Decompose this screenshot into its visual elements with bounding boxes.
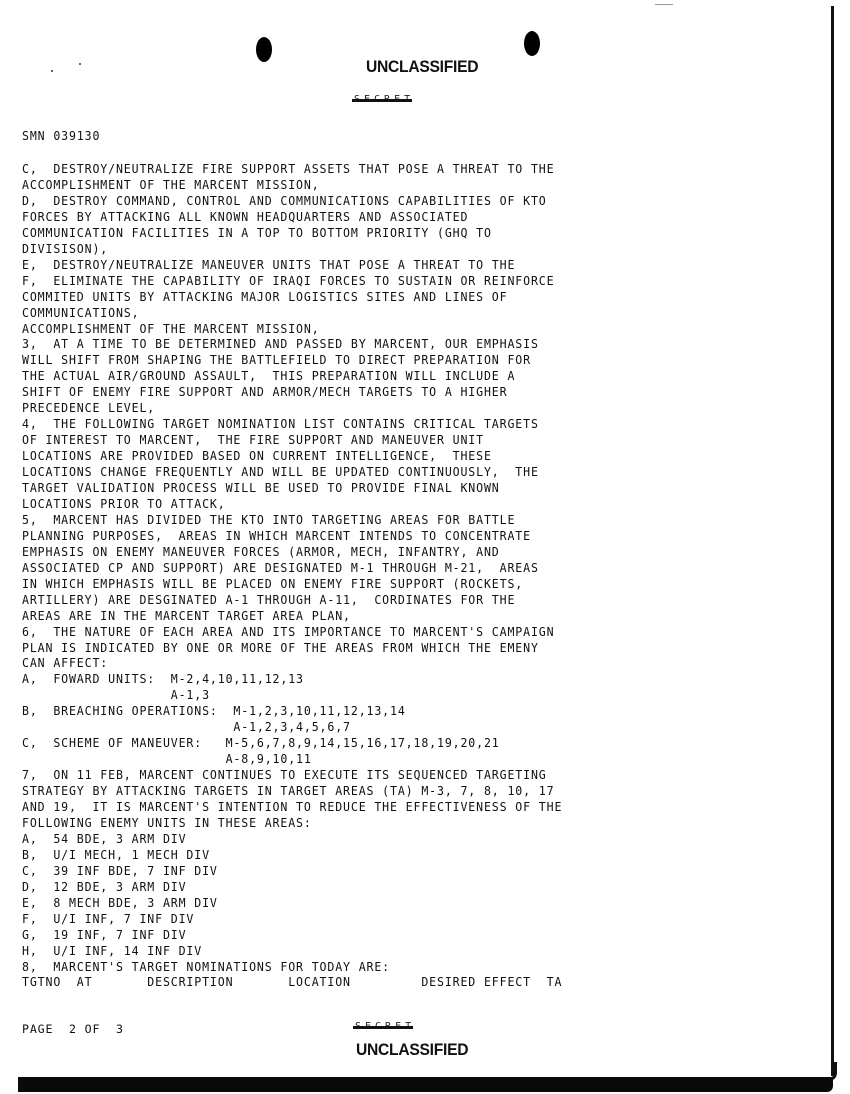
text-line: D, DESTROY COMMAND, CONTROL AND COMMUNIC… bbox=[22, 192, 547, 209]
text-line: LOCATIONS PRIOR TO ATTACK, bbox=[22, 495, 226, 512]
text-line: LOCATIONS CHANGE FREQUENTLY AND WILL BE … bbox=[22, 463, 539, 480]
text-line: IN WHICH EMPHASIS WILL BE PLACED ON ENEM… bbox=[22, 575, 523, 592]
page-edge-right bbox=[831, 6, 834, 1076]
text-line: COMMUNICATIONS, bbox=[22, 304, 139, 321]
scan-mark bbox=[655, 4, 673, 5]
page-number: PAGE 2 OF 3 bbox=[22, 1022, 124, 1036]
punch-hole-right bbox=[524, 31, 540, 56]
page-edge-bottom bbox=[18, 1077, 833, 1092]
text-line: EMPHASIS ON ENEMY MANEUVER FORCES (ARMOR… bbox=[22, 543, 500, 560]
text-line: 5, MARCENT HAS DIVIDED THE KTO INTO TARG… bbox=[22, 511, 515, 528]
text-line: LOCATIONS ARE PROVIDED BASED ON CURRENT … bbox=[22, 447, 492, 464]
text-line: G, 19 INF, 7 INF DIV bbox=[22, 926, 186, 943]
text-line: C, DESTROY/NEUTRALIZE FIRE SUPPORT ASSET… bbox=[22, 160, 554, 177]
punch-hole-left bbox=[256, 37, 272, 62]
text-line: SHIFT OF ENEMY FIRE SUPPORT AND ARMOR/ME… bbox=[22, 383, 507, 400]
text-line: AND 19, IT IS MARCENT'S INTENTION TO RED… bbox=[22, 798, 562, 815]
text-line: ACCOMPLISHMENT OF THE MARCENT MISSION, bbox=[22, 176, 320, 193]
text-line: PRECEDENCE LEVEL, bbox=[22, 399, 155, 416]
text-line: 7, ON 11 FEB, MARCENT CONTINUES TO EXECU… bbox=[22, 766, 547, 783]
text-line: A-8,9,10,11 bbox=[22, 750, 312, 767]
text-line: 4, THE FOLLOWING TARGET NOMINATION LIST … bbox=[22, 415, 539, 432]
text-line: A, 54 BDE, 3 ARM DIV bbox=[22, 830, 186, 847]
classification-banner-top: UNCLASSIFIED bbox=[366, 57, 478, 77]
scan-speck bbox=[51, 70, 53, 72]
text-line: ARTILLERY) ARE DESGINATED A-1 THROUGH A-… bbox=[22, 591, 515, 608]
text-line: PLANNING PURPOSES, AREAS IN WHICH MARCEN… bbox=[22, 527, 531, 544]
text-line: FOLLOWING ENEMY UNITS IN THESE AREAS: bbox=[22, 814, 312, 831]
text-line: TARGET VALIDATION PROCESS WILL BE USED T… bbox=[22, 479, 500, 496]
text-line: H, U/I INF, 14 INF DIV bbox=[22, 942, 202, 959]
text-line: 6, THE NATURE OF EACH AREA AND ITS IMPOR… bbox=[22, 623, 554, 640]
text-line: E, 8 MECH BDE, 3 ARM DIV bbox=[22, 894, 218, 911]
message-id: SMN 039130 bbox=[22, 127, 100, 144]
text-line: A-1,2,3,4,5,6,7 bbox=[22, 718, 351, 735]
text-line: B, BREACHING OPERATIONS: M-1,2,3,10,11,1… bbox=[22, 702, 406, 719]
text-line: TGTNO AT DESCRIPTION LOCATION DESIRED EF… bbox=[22, 973, 562, 990]
text-line: D, 12 BDE, 3 ARM DIV bbox=[22, 878, 186, 895]
text-line: STRATEGY BY ATTACKING TARGETS IN TARGET … bbox=[22, 782, 554, 799]
text-line: COMMUNICATION FACILITIES IN A TOP TO BOT… bbox=[22, 224, 492, 241]
text-line: C, 39 INF BDE, 7 INF DIV bbox=[22, 862, 218, 879]
text-line: ASSOCIATED CP AND SUPPORT) ARE DESIGNATE… bbox=[22, 559, 539, 576]
text-line: OF INTEREST TO MARCENT, THE FIRE SUPPORT… bbox=[22, 431, 484, 448]
text-line: F, U/I INF, 7 INF DIV bbox=[22, 910, 194, 927]
text-line: E, DESTROY/NEUTRALIZE MANEUVER UNITS THA… bbox=[22, 256, 515, 273]
text-line: COMMITED UNITS BY ATTACKING MAJOR LOGIST… bbox=[22, 288, 507, 305]
text-line: FORCES BY ATTACKING ALL KNOWN HEADQUARTE… bbox=[22, 208, 468, 225]
text-line: AREAS ARE IN THE MARCENT TARGET AREA PLA… bbox=[22, 607, 351, 624]
text-line: C, SCHEME OF MANEUVER: M-5,6,7,8,9,14,15… bbox=[22, 734, 500, 751]
document-page: UNCLASSIFIED SECRET SMN 039130 C, DESTRO… bbox=[0, 0, 850, 1094]
struck-secret-marking-bottom: SECRET bbox=[355, 1021, 415, 1032]
struck-secret-marking-top: SECRET bbox=[354, 94, 414, 105]
text-line: B, U/I MECH, 1 MECH DIV bbox=[22, 846, 210, 863]
text-line: F, ELIMINATE THE CAPABILITY OF IRAQI FOR… bbox=[22, 272, 554, 289]
text-line: DIVISISON), bbox=[22, 240, 108, 257]
scan-speck bbox=[79, 63, 81, 65]
classification-banner-bottom: UNCLASSIFIED bbox=[356, 1040, 468, 1060]
